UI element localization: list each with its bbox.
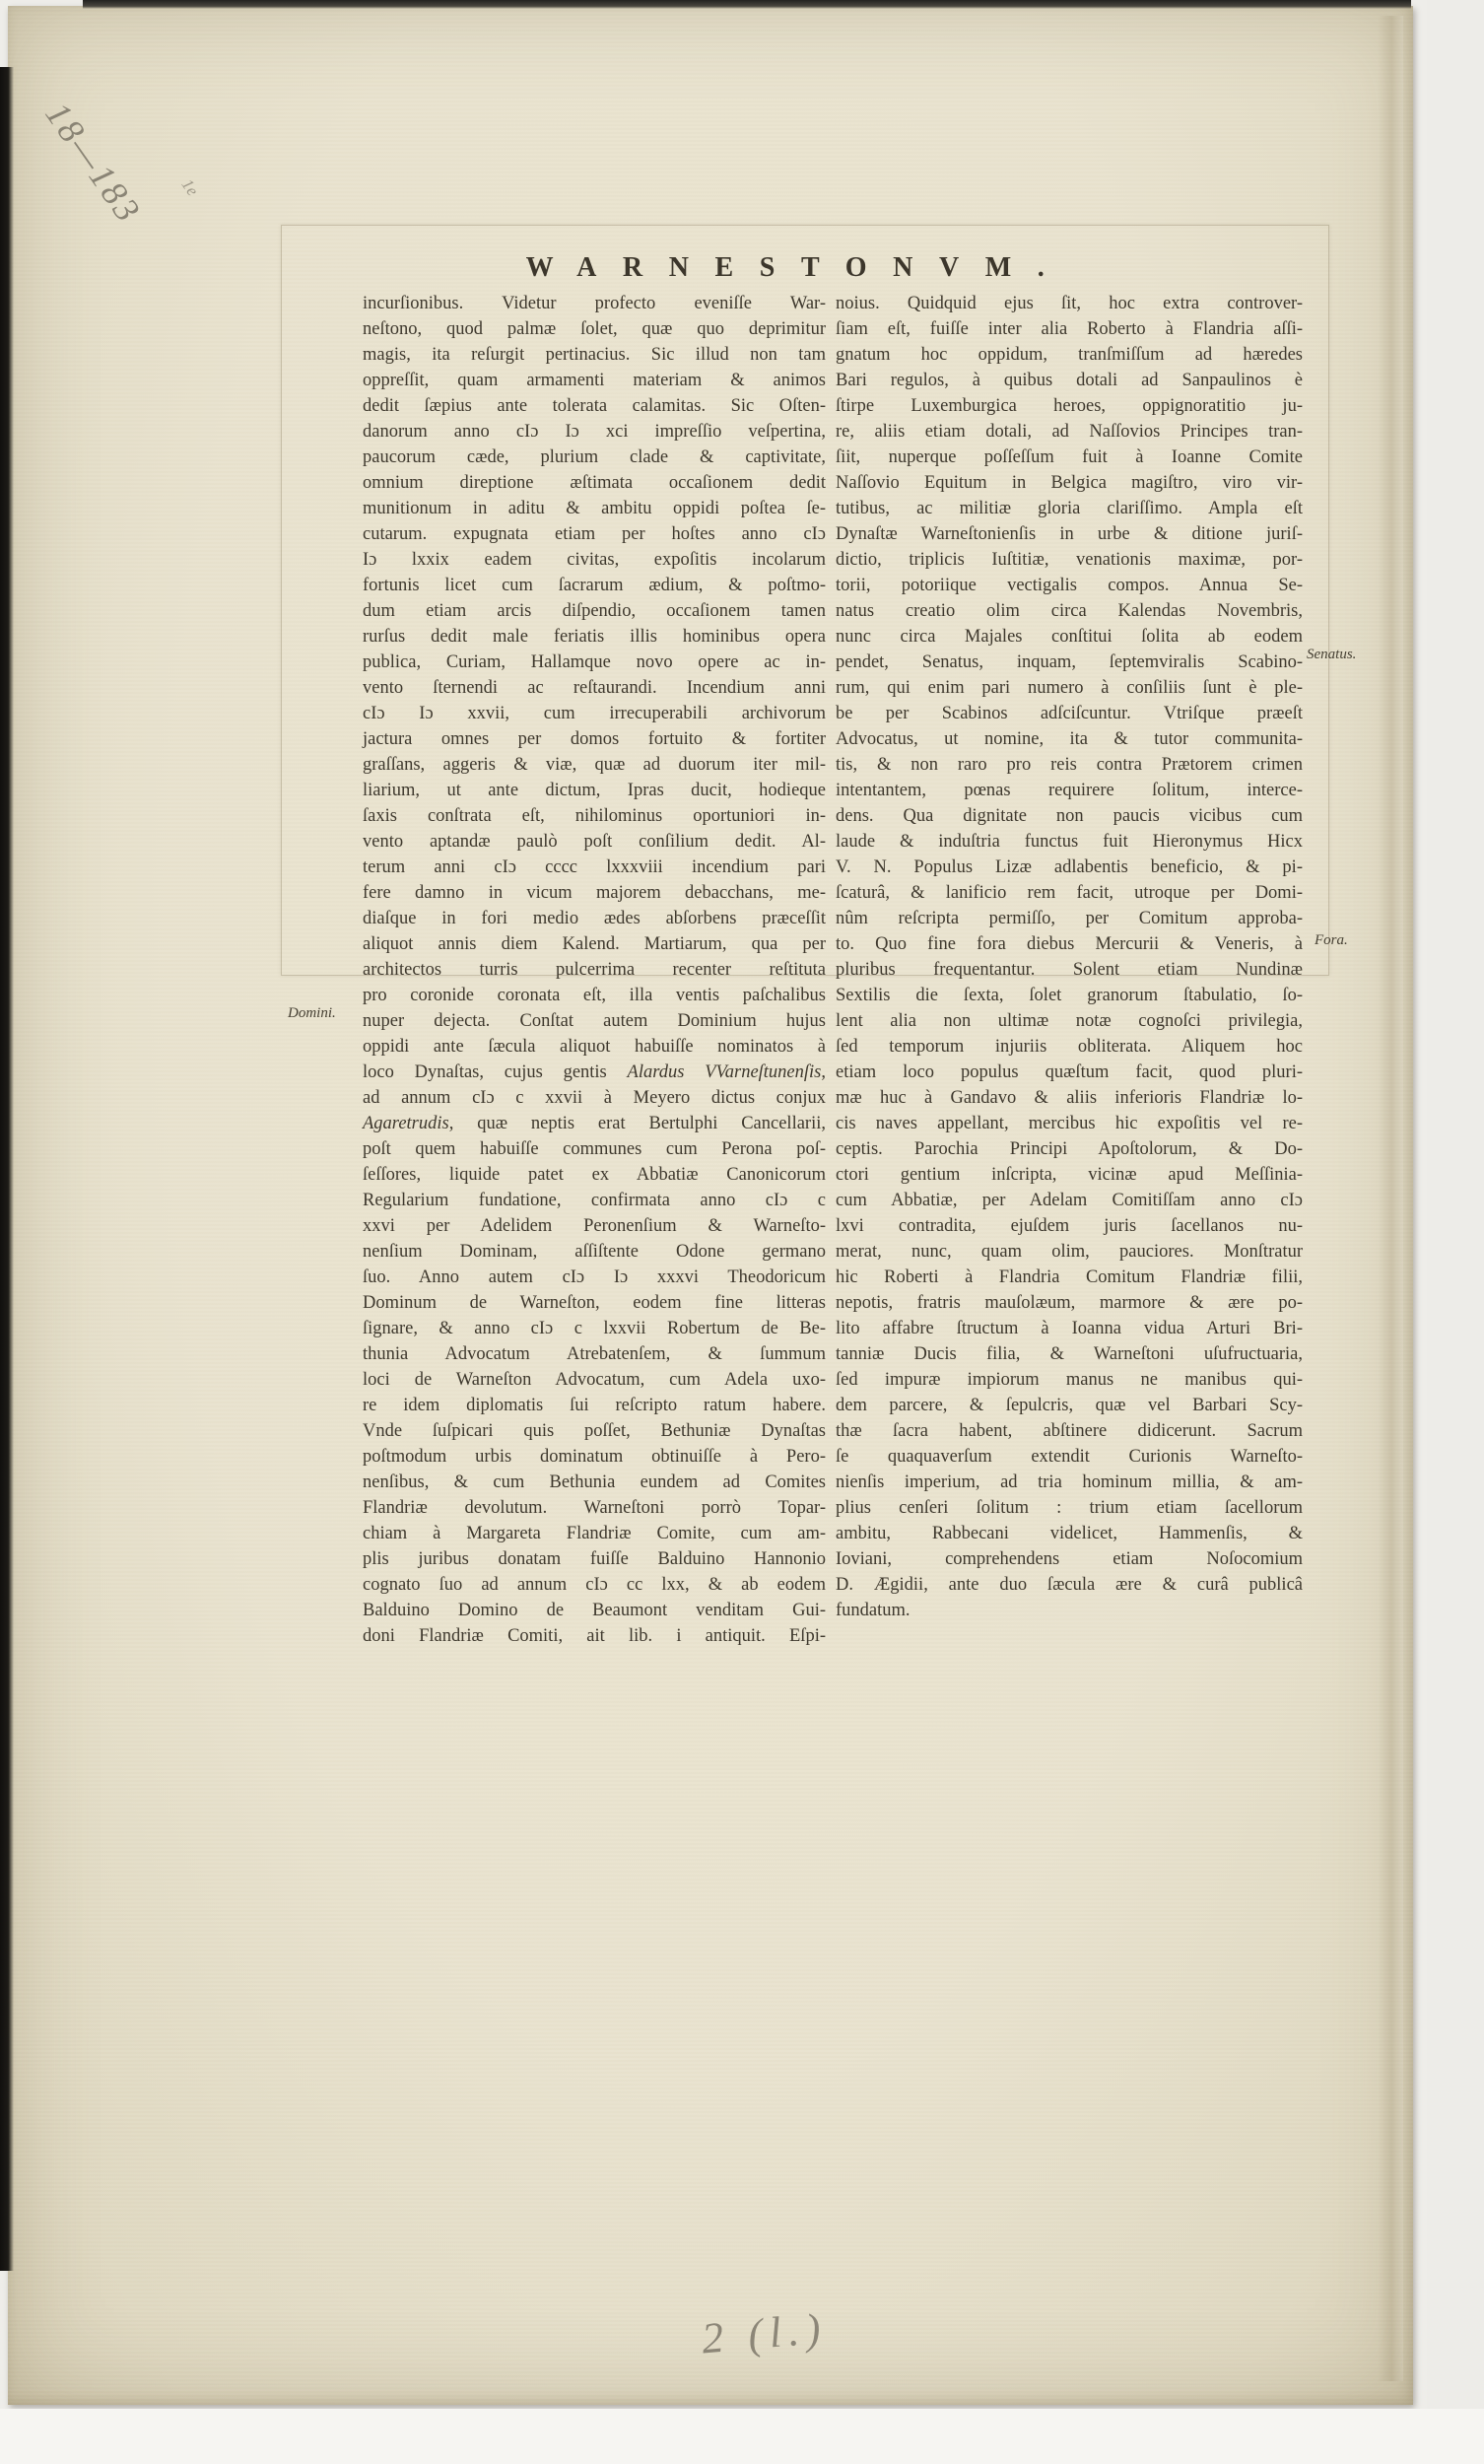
- text-line: rum, qui enim pari numero à conſiliis ſu…: [836, 675, 1303, 701]
- text-line: ſiam eſt, fuiſſe inter alia Roberto à Fl…: [836, 316, 1303, 342]
- text-line: magis, ita reſurgit pertinacius. Sic ill…: [363, 342, 826, 368]
- text-line: publica, Curiam, Hallamque novo opere ac…: [363, 650, 826, 675]
- text-line: Sextilis die ſexta, ſolet granorum ſtabu…: [836, 983, 1303, 1008]
- text-line: munitionum in aditu & ambitu oppidi poſt…: [363, 496, 826, 521]
- text-line: ſuo. Anno autem cIɔ Iɔ xxxvi Theodoricum: [363, 1265, 826, 1290]
- text-line: etiam loco populus quæſtum facit, quod p…: [836, 1060, 1303, 1085]
- text-line: poſtmodum urbis dominatum obtinuiſſe à P…: [363, 1444, 826, 1470]
- text-line: incurſionibus. Videtur profecto eveniſſe…: [363, 291, 826, 316]
- text-line: D. Ægidii, ante duo ſæcula ære & curâ pu…: [836, 1572, 1303, 1598]
- text-line: liarium, ut ante dictum, Ipras ducit, ho…: [363, 778, 826, 803]
- text-line: pendet, Senatus, inquam, ſeptemviralis S…: [836, 650, 1303, 675]
- text-line: ad annum cIɔ c xxvii à Meyero dictus con…: [363, 1085, 826, 1111]
- text-line: Regularium fundatione, confirmata anno c…: [363, 1188, 826, 1213]
- text-line: lxvi contradita, ejuſdem juris ſacellano…: [836, 1213, 1303, 1239]
- text-line: mæ huc à Gandavo & aliis inferioris Flan…: [836, 1085, 1303, 1111]
- text-line: Dominum de Warneſton, eodem fine littera…: [363, 1290, 826, 1316]
- text-line: ſeſſores, liquide patet ex Abbatiæ Canon…: [363, 1162, 826, 1188]
- text-line: ſaxis conſtrata eſt, nihilominus oportun…: [363, 803, 826, 829]
- text-line: torii, potoriique vectigalis compos. Ann…: [836, 573, 1303, 598]
- text-line: Agaretrudis, quæ neptis erat Bertulphi C…: [363, 1111, 826, 1136]
- text-line: Flandriæ devolutum. Warneſtoni porrò Top…: [363, 1495, 826, 1521]
- text-line: omnium direptione æſtimata occaſionem de…: [363, 470, 826, 496]
- text-line: tutibus, ac militiæ gloria clariſſimo. A…: [836, 496, 1303, 521]
- scan-right-background: [1427, 0, 1484, 2464]
- text-line: dum etiam arcis diſpendio, occaſionem ta…: [363, 598, 826, 624]
- text-line: be per Scabinos adſciſcuntur. Vtriſque p…: [836, 701, 1303, 726]
- book-spine-shadow: [0, 67, 14, 2271]
- margin-note-fora: Fora.: [1315, 932, 1348, 949]
- text-line: nenſibus, & cum Bethunia eundem ad Comit…: [363, 1470, 826, 1495]
- margin-note-senatus: Senatus.: [1307, 647, 1356, 663]
- text-line: intentantem, pœnas requirere ſolitum, in…: [836, 778, 1303, 803]
- text-line: ſed impuræ impiorum manus ne manibus qui…: [836, 1367, 1303, 1393]
- text-line: Naſſovio Equitum in Belgica magiſtro, vi…: [836, 470, 1303, 496]
- text-line: Iɔ lxxix eadem civitas, expoſitis incola…: [363, 547, 826, 573]
- text-line: nenſium Dominam, aſſiſtente Odone german…: [363, 1239, 826, 1265]
- text-line: cum Abbatiæ, per Adelam Comitiſſam anno …: [836, 1188, 1303, 1213]
- text-line: nepotis, fratris mauſolæum, marmore & ær…: [836, 1290, 1303, 1316]
- text-line: V. N. Populus Lizæ adlabentis beneficio,…: [836, 855, 1303, 880]
- text-line: dictio, triplicis Iuſtitiæ, venationis m…: [836, 547, 1303, 573]
- scan-bottom-background: [0, 2409, 1484, 2464]
- text-column-left: incurſionibus. Videtur profecto eveniſſe…: [363, 291, 826, 1649]
- text-line: oppidi ante ſæcula aliquot habuiſſe nomi…: [363, 1034, 826, 1060]
- text-line: tis, & non raro pro reis contra Prætorem…: [836, 752, 1303, 778]
- text-line: nienſis imperium, ad tria hominum millia…: [836, 1470, 1303, 1495]
- text-line: hic Roberti à Flandria Comitum Flandriæ …: [836, 1265, 1303, 1290]
- text-line: thunia Advocatum Atrebatenſem, & ſummum: [363, 1341, 826, 1367]
- text-line: cis naves appellant, mercibus hic expoſi…: [836, 1111, 1303, 1136]
- margin-note-domini: Domini.: [288, 1005, 336, 1022]
- text-line: aliquot annis diem Kalend. Martiarum, qu…: [363, 931, 826, 957]
- text-line: pro coronide coronata eſt, illa ventis p…: [363, 983, 826, 1008]
- text-line: nuper dejecta. Conſtat autem Dominium hu…: [363, 1008, 826, 1034]
- text-line: ctori gentium inſcripta, vicinæ apud Meſ…: [836, 1162, 1303, 1188]
- text-line: poſt quem habuiſſe communes cum Perona p…: [363, 1136, 826, 1162]
- text-line: fortunis licet cum ſacrarum ædium, & poſ…: [363, 573, 826, 598]
- page-title: WARNESTONVM.: [345, 252, 1251, 284]
- text-line: dem parcere, & ſepulcris, quæ vel Barbar…: [836, 1393, 1303, 1418]
- text-line: lito affabre ſtructum à Ioanna vidua Art…: [836, 1316, 1303, 1341]
- text-line: doni Flandriæ Comiti, ait lib. i antiqui…: [363, 1623, 826, 1649]
- text-line: Dynaſtæ Warneſtonienſis in urbe & dition…: [836, 521, 1303, 547]
- text-line: lent alia non ultimæ notæ cognoſci privi…: [836, 1008, 1303, 1034]
- text-line: fundatum.: [836, 1598, 1303, 1623]
- text-line: ſignare, & anno cIɔ c lxxvii Robertum de…: [363, 1316, 826, 1341]
- text-line: vento ſternendi ac reſtaurandi. Incendiu…: [363, 675, 826, 701]
- text-line: cognato ſuo ad annum cIɔ cc lxx, & ab eo…: [363, 1572, 826, 1598]
- scanned-book-page: WARNESTONVM. incurſionibus. Videtur prof…: [0, 0, 1484, 2464]
- text-line: merat, nunc, quam olim, pauciores. Monſt…: [836, 1239, 1303, 1265]
- text-line: graſſans, aggeris & viæ, quæ ad duorum i…: [363, 752, 826, 778]
- text-line: ſe quaquaverſum extendit Curionis Warneſ…: [836, 1444, 1303, 1470]
- text-line: Bari regulos, à quibus dotali ad Sanpaul…: [836, 368, 1303, 393]
- text-line: architectos turris pulcerrima recenter r…: [363, 957, 826, 983]
- text-line: neſtono, quod palmæ ſolet, quæ quo depri…: [363, 316, 826, 342]
- text-line: Advocatus, ut nomine, ita & tutor commun…: [836, 726, 1303, 752]
- text-line: rurſus dedit male feriatis illis hominib…: [363, 624, 826, 650]
- text-line: Balduino Domino de Beaumont venditam Gui…: [363, 1598, 826, 1623]
- text-line: ſed temporum injuriis obliterata. Alique…: [836, 1034, 1303, 1060]
- text-line: loco Dynaſtas, cujus gentis Alardus VVar…: [363, 1060, 826, 1085]
- text-line: diaſque in fori medio ædes abſorbens præ…: [363, 906, 826, 931]
- text-line: ceptis. Parochia Principi Apoſtolorum, &…: [836, 1136, 1303, 1162]
- text-line: plis juribus donatam fuiſſe Balduino Han…: [363, 1546, 826, 1572]
- paper-fold-crease: [1378, 16, 1403, 2381]
- text-line: loci de Warneſton Advocatum, cum Adela u…: [363, 1367, 826, 1393]
- text-line: pluribus frequentantur. Solent etiam Nun…: [836, 957, 1303, 983]
- text-line: plius cenſeri ſolitum : trium etiam ſace…: [836, 1495, 1303, 1521]
- text-line: chiam à Margareta Flandriæ Comite, cum a…: [363, 1521, 826, 1546]
- text-line: tanniæ Ducis filia, & Warneſtoni uſufruc…: [836, 1341, 1303, 1367]
- scan-top-edge-shadow: [83, 0, 1411, 9]
- text-line: nûm reſcripta permiſſo, per Comitum appr…: [836, 906, 1303, 931]
- text-line: natus creatio olim circa Kalendas Novemb…: [836, 598, 1303, 624]
- text-column-right: noius. Quidquid ejus ſit, hoc extra cont…: [836, 291, 1303, 1623]
- text-line: paucorum cæde, plurium clade & captivita…: [363, 445, 826, 470]
- text-line: fere damno in vicum majorem debacchans, …: [363, 880, 826, 906]
- text-line: xxvi per Adelidem Peronenſium & Warneſto…: [363, 1213, 826, 1239]
- text-line: to. Quo fine fora diebus Mercurii & Vene…: [836, 931, 1303, 957]
- text-line: cIɔ Iɔ xxvii, cum irrecuperabili archivo…: [363, 701, 826, 726]
- text-line: vento aptandæ paulò poſt conſilium dedit…: [363, 829, 826, 855]
- text-line: nunc circa Majales conſtitui ſolita ab e…: [836, 624, 1303, 650]
- text-line: ſcaturâ, & lanificio rem facit, utroque …: [836, 880, 1303, 906]
- text-line: noius. Quidquid ejus ſit, hoc extra cont…: [836, 291, 1303, 316]
- text-line: Ioviani, comprehendens etiam Noſocomium: [836, 1546, 1303, 1572]
- text-line: ſtirpe Luxemburgica heroes, oppignoratit…: [836, 393, 1303, 419]
- text-line: re idem diplomatis ſui reſcripto ratum h…: [363, 1393, 826, 1418]
- text-line: laude & induſtria functus fuit Hieronymu…: [836, 829, 1303, 855]
- text-line: gnatum hoc oppidum, tranſmiſſum ad hæred…: [836, 342, 1303, 368]
- text-line: cutarum. expugnata etiam per hoſtes anno…: [363, 521, 826, 547]
- text-line: oppreſſit, quam armamenti materiam & ani…: [363, 368, 826, 393]
- text-line: Vnde ſuſpicari quis poſſet, Bethuniæ Dyn…: [363, 1418, 826, 1444]
- text-line: ſiit, nuperque poſſeſſum fuit à Ioanne C…: [836, 445, 1303, 470]
- text-line: dens. Qua dignitate non paucis vicibus c…: [836, 803, 1303, 829]
- text-line: ambitu, Rabbecani videlicet, Hammenſis, …: [836, 1521, 1303, 1546]
- text-line: thæ ſacra habent, abſtinere didicerunt. …: [836, 1418, 1303, 1444]
- text-line: danorum anno cIɔ Iɔ xci impreſſio veſper…: [363, 419, 826, 445]
- text-line: jactura omnes per domos fortuito & forti…: [363, 726, 826, 752]
- text-line: dedit ſæpius ante tolerata calamitas. Si…: [363, 393, 826, 419]
- text-line: re, aliis etiam dotali, ad Naſſovios Pri…: [836, 419, 1303, 445]
- text-line: terum anni cIɔ cccc lxxxviii incendium p…: [363, 855, 826, 880]
